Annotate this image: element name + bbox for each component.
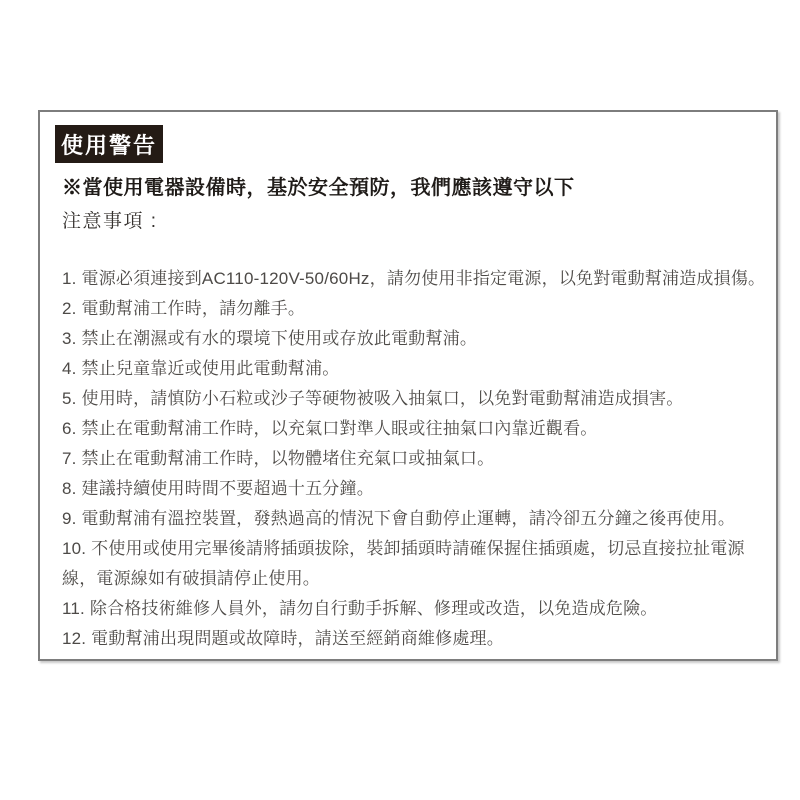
precaution-line-9: 9. 電動幫浦有溫控裝置，發熱過高的情況下會自動停止運轉，請冷卻五分鐘之後再使用… xyxy=(62,504,772,534)
precautions-list: 1. 電源必須連接到AC110-120V-50/60Hz，請勿使用非指定電源，以… xyxy=(62,264,772,654)
precaution-line-6: 6. 禁止在電動幫浦工作時，以充氣口對準人眼或往抽氣口內靠近觀看。 xyxy=(62,414,772,444)
notice-subheading: 注意事項 : xyxy=(62,208,158,236)
precaution-line-1: 1. 電源必須連接到AC110-120V-50/60Hz，請勿使用非指定電源，以… xyxy=(62,264,772,294)
precaution-line-10: 10. 不使用或使用完畢後請將插頭拔除，裝卸插頭時請確保握住插頭處，切忌直接拉扯… xyxy=(62,534,772,564)
warning-box: 使用警告 ※當使用電器設備時，基於安全預防，我們應該遵守以下 注意事項 : 1.… xyxy=(38,110,778,661)
precaution-line-2: 2. 電動幫浦工作時，請勿離手。 xyxy=(62,294,772,324)
precaution-line-12: 12. 電動幫浦出現問題或故障時，請送至經銷商維修處理。 xyxy=(62,624,772,654)
precaution-line-8: 8. 建議持續使用時間不要超過十五分鐘。 xyxy=(62,474,772,504)
precaution-line-5: 5. 使用時，請慎防小石粒或沙子等硬物被吸入抽氣口，以免對電動幫浦造成損害。 xyxy=(62,384,772,414)
document-page: { "warning_box": { "label": "使用警告", "hea… xyxy=(0,0,800,800)
precaution-line-11: 11. 除合格技術維修人員外，請勿自行動手拆解、修理或改造，以免造成危險。 xyxy=(62,594,772,624)
precaution-line-3: 3. 禁止在潮濕或有水的環境下使用或存放此電動幫浦。 xyxy=(62,324,772,354)
precaution-line-4: 4. 禁止兒童靠近或使用此電動幫浦。 xyxy=(62,354,772,384)
precaution-line-10-continued: 線，電源線如有破損請停止使用。 xyxy=(62,564,772,594)
safety-heading: ※當使用電器設備時，基於安全預防，我們應該遵守以下 xyxy=(62,174,575,202)
warning-label: 使用警告 xyxy=(55,125,163,163)
precaution-line-7: 7. 禁止在電動幫浦工作時，以物體堵住充氣口或抽氣口。 xyxy=(62,444,772,474)
